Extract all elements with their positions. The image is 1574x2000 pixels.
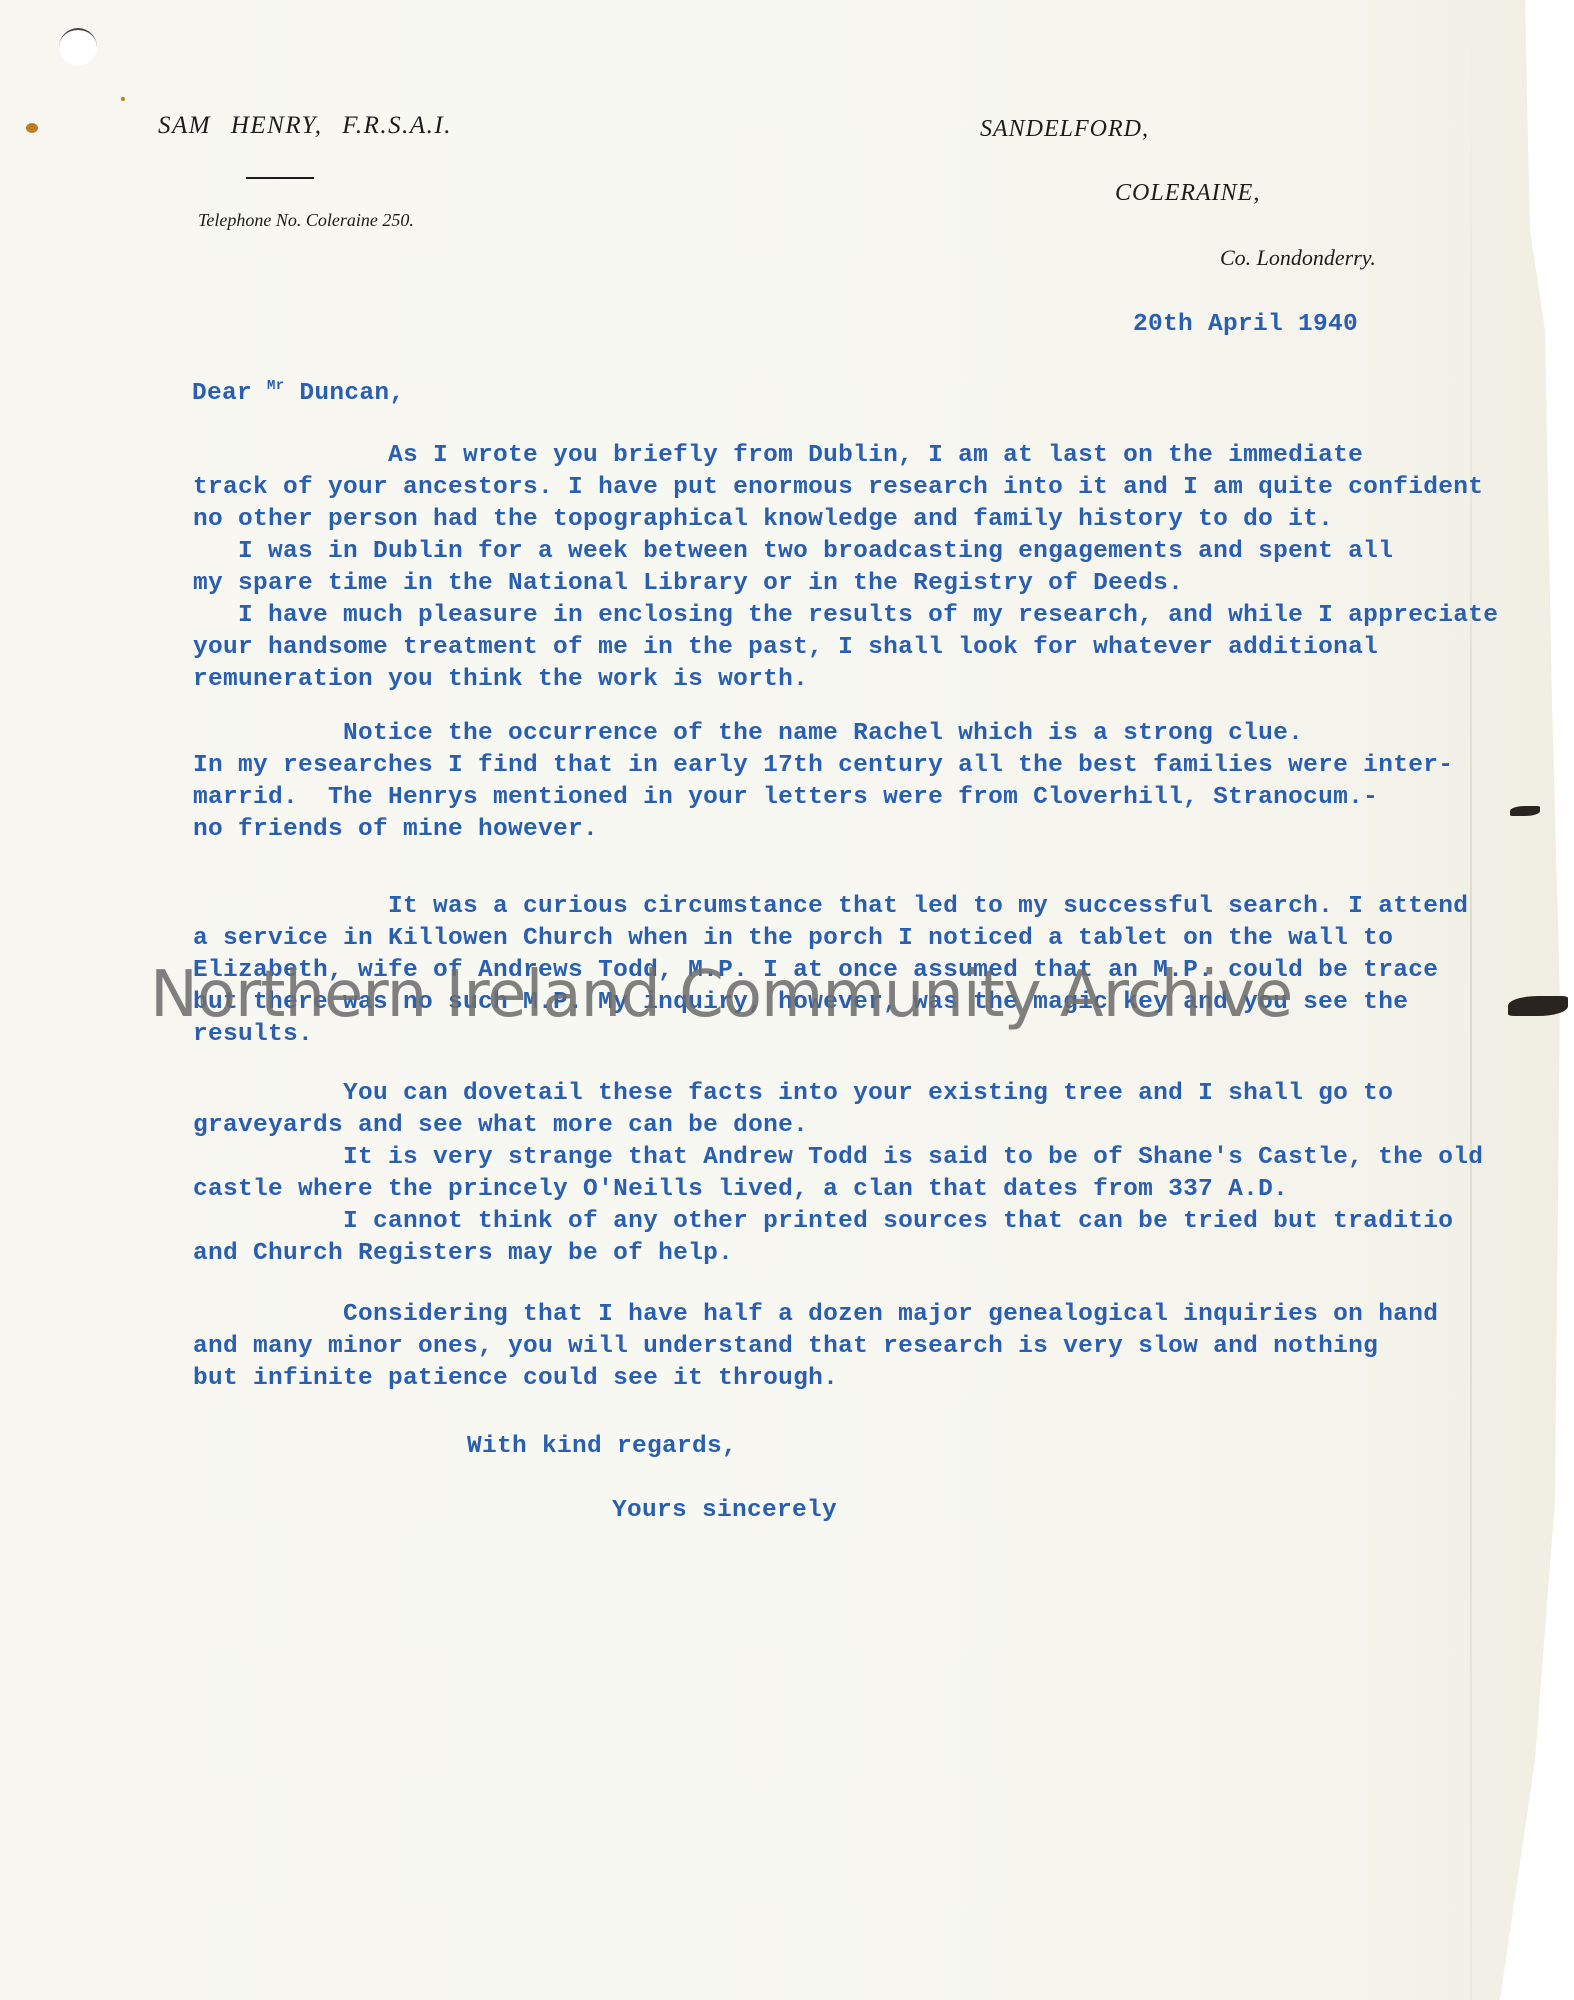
letter-body-line: marrid. The Henrys mentioned in your let… xyxy=(193,784,1378,811)
letter-body-line: but infinite patience could see it throu… xyxy=(193,1365,838,1392)
paper-tear xyxy=(1508,996,1568,1016)
letter-closing-sincerely: Yours sincerely xyxy=(612,1497,837,1524)
letterhead-address-line-2: COLERAINE, xyxy=(1115,180,1260,207)
letter-body-line: I was in Dublin for a week between two b… xyxy=(193,538,1393,565)
letter-body-line: In my researches I find that in early 17… xyxy=(193,752,1453,779)
salutation-title: Mr xyxy=(267,378,284,394)
letter-body-line: track of your ancestors. I have put enor… xyxy=(193,474,1483,501)
salutation-prefix: Dear xyxy=(192,380,267,407)
letter-body-line: Notice the occurrence of the name Rachel… xyxy=(193,720,1303,747)
paper-fold-crease xyxy=(1470,0,1472,2000)
letter-body-line: no other person had the topographical kn… xyxy=(193,506,1333,533)
letterhead-rule xyxy=(246,177,314,179)
letter-body-line: It was a curious circumstance that led t… xyxy=(193,893,1468,920)
letter-body-line: I have much pleasure in enclosing the re… xyxy=(193,602,1498,629)
letter-salutation: Dear Mr Duncan, xyxy=(192,380,404,407)
letter-body-line: and Church Registers may be of help. xyxy=(193,1240,733,1267)
letter-body-line: a service in Killowen Church when in the… xyxy=(193,925,1393,952)
salutation-name: Duncan, xyxy=(284,380,404,407)
letterhead-address-line-1: SANDELFORD, xyxy=(980,116,1149,143)
letter-body-line: no friends of mine however. xyxy=(193,816,598,843)
rust-spot xyxy=(121,97,125,101)
letter-body-line: I cannot think of any other printed sour… xyxy=(193,1208,1453,1235)
punch-hole xyxy=(59,28,97,66)
letterhead-telephone: Telephone No. Coleraine 250. xyxy=(198,210,414,231)
letter-body-line: Considering that I have half a dozen maj… xyxy=(193,1301,1438,1328)
letter-closing-regards: With kind regards, xyxy=(467,1433,737,1460)
letter-body-line: my spare time in the National Library or… xyxy=(193,570,1183,597)
document-page: SAM HENRY, F.R.S.A.I. Telephone No. Cole… xyxy=(0,0,1574,2000)
letter-body-line: your handsome treatment of me in the pas… xyxy=(193,634,1378,661)
letter-body-line: It is very strange that Andrew Todd is s… xyxy=(193,1144,1483,1171)
letterhead-address-line-3: Co. Londonderry. xyxy=(1220,245,1376,271)
letter-body-line: graveyards and see what more can be done… xyxy=(193,1112,808,1139)
archive-watermark: Northern Ireland Community Archive xyxy=(150,958,1292,1032)
letterhead-name: SAM HENRY, F.R.S.A.I. xyxy=(158,112,452,140)
letter-body-line: and many minor ones, you will understand… xyxy=(193,1333,1378,1360)
letter-body-line: castle where the princely O'Neills lived… xyxy=(193,1176,1288,1203)
paper-tear xyxy=(1510,806,1540,816)
letter-body-line: remuneration you think the work is worth… xyxy=(193,666,808,693)
letter-body-line: As I wrote you briefly from Dublin, I am… xyxy=(193,442,1363,469)
letter-date: 20th April 1940 xyxy=(1133,311,1358,338)
rust-spot xyxy=(26,123,38,133)
letter-body-line: You can dovetail these facts into your e… xyxy=(193,1080,1393,1107)
